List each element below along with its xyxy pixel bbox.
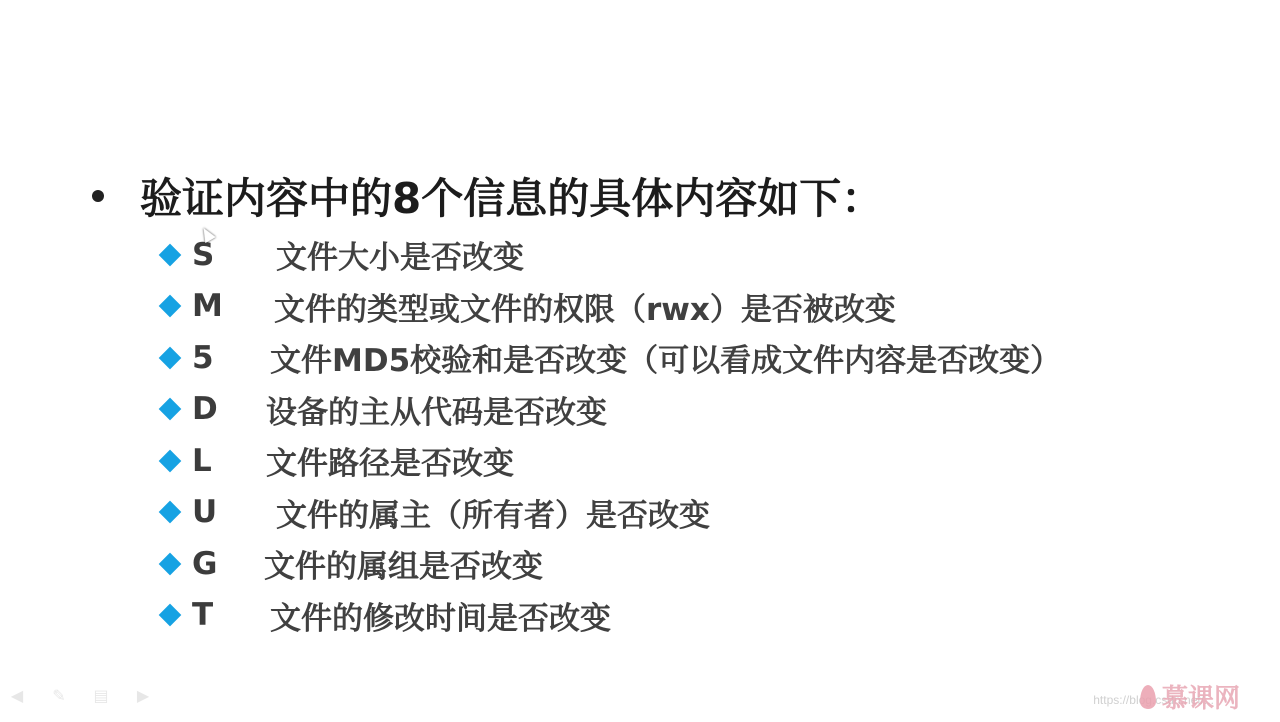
item-description: 文件的属主（所有者）是否改变 xyxy=(276,490,710,535)
logo-text: 慕课网 xyxy=(1162,678,1240,715)
item-code: T xyxy=(192,597,270,633)
item-code: G xyxy=(192,546,264,582)
item-code: L xyxy=(192,443,266,479)
diamond-bullet-icon xyxy=(159,501,182,524)
item-description: 文件的属组是否改变 xyxy=(264,541,543,586)
menu-icon[interactable]: ▤ xyxy=(90,686,112,704)
heading-text: 验证内容中的8个信息的具体内容如下： xyxy=(140,166,883,226)
list-item: U 文件的属主（所有者）是否改变 xyxy=(158,487,1061,539)
next-icon[interactable]: ▶ xyxy=(132,686,154,704)
item-code: U xyxy=(192,494,276,530)
item-description: 文件大小是否改变 xyxy=(276,232,524,277)
list-item: D 设备的主从代码是否改变 xyxy=(158,384,1061,436)
pen-icon[interactable]: ✎ xyxy=(48,686,70,704)
prev-icon[interactable]: ◀ xyxy=(6,686,28,704)
brand-logo: 慕课网 xyxy=(1140,678,1240,715)
list-item: G 文件的属组是否改变 xyxy=(158,538,1061,590)
flame-icon xyxy=(1140,685,1156,709)
diamond-bullet-icon xyxy=(159,449,182,472)
item-description: 文件的类型或文件的权限（rwx）是否被改变 xyxy=(274,284,896,329)
diamond-bullet-icon xyxy=(159,346,182,369)
bullet-list: S 文件大小是否改变 M 文件的类型或文件的权限（rwx）是否被改变 5 文件M… xyxy=(158,229,1061,641)
item-description: 设备的主从代码是否改变 xyxy=(266,387,607,432)
diamond-bullet-icon xyxy=(159,295,182,318)
list-item: M 文件的类型或文件的权限（rwx）是否被改变 xyxy=(158,281,1061,333)
item-code: M xyxy=(192,288,274,324)
slideshow-toolbar: ◀ ✎ ▤ ▶ xyxy=(6,686,154,704)
item-description: 文件MD5校验和是否改变（可以看成文件内容是否改变） xyxy=(270,335,1061,380)
item-description: 文件路径是否改变 xyxy=(266,438,514,483)
diamond-bullet-icon xyxy=(159,398,182,421)
slide-heading: 验证内容中的8个信息的具体内容如下： xyxy=(88,166,883,226)
diamond-bullet-icon xyxy=(159,552,182,575)
diamond-bullet-icon xyxy=(159,604,182,627)
item-code: 5 xyxy=(192,340,270,376)
list-item: L 文件路径是否改变 xyxy=(158,435,1061,487)
presentation-slide: 验证内容中的8个信息的具体内容如下： S 文件大小是否改变 M 文件的类型或文件… xyxy=(0,0,1280,722)
item-code: D xyxy=(192,391,266,427)
list-item: T 文件的修改时间是否改变 xyxy=(158,590,1061,642)
list-item: 5 文件MD5校验和是否改变（可以看成文件内容是否改变） xyxy=(158,332,1061,384)
diamond-bullet-icon xyxy=(159,243,182,266)
list-item: S 文件大小是否改变 xyxy=(158,229,1061,281)
item-description: 文件的修改时间是否改变 xyxy=(270,593,611,638)
bullet-dot-icon xyxy=(92,190,104,202)
